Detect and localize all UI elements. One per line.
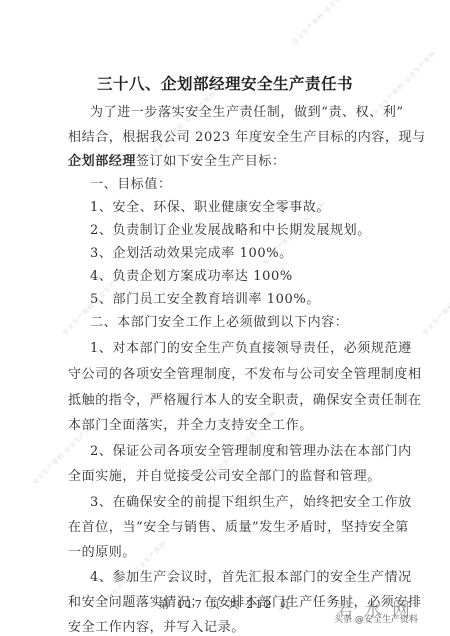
logo-caption: 头条 @安全生产资料 bbox=[334, 612, 418, 625]
responsibility-line: 守公司的各项安全管理制度，不发布与公司安全管理制度相 bbox=[68, 363, 422, 382]
target-item: 5、部门员工安全教育培训率 100%。 bbox=[90, 288, 320, 307]
intro-line: 企划部经理签订如下安全生产目标： bbox=[68, 150, 286, 169]
section-heading: 二、本部门安全工作上必须做到以下内容： bbox=[90, 311, 348, 330]
responsibility-line: 全面实施，并自觉接受公司安全部门的监督和管理。 bbox=[68, 465, 381, 484]
intro-line: 相结合，根据我公司 2023 年度安全生产目标的内容，现与 bbox=[68, 126, 426, 145]
target-item: 1、安全、环保、职业健康安全零事故。 bbox=[90, 196, 330, 215]
intro-tail: 签订如下安全生产目标： bbox=[136, 154, 286, 169]
section-heading: 一、目标值： bbox=[90, 173, 172, 192]
target-item: 2、负责制订企业发展战略和中长期发展规划。 bbox=[90, 219, 371, 238]
responsibility-line: 1、对本部门的安全生产负直接领导责任，必须规范遵 bbox=[90, 337, 412, 356]
diagonal-watermark: 安全生产资料 安全生产资料 bbox=[150, 89, 218, 157]
responsibility-line: 3、在确保安全的前提下组织生产，始终把安全工作放 bbox=[90, 491, 412, 510]
diagonal-watermark: 安全生产资料 安全生产资料 bbox=[290, 0, 358, 46]
responsibility-line: 一的原则。 bbox=[68, 541, 136, 560]
responsibility-line: 安全工作内容，并写入记录。 bbox=[68, 616, 245, 635]
responsibility-line: 2、保证公司各项安全管理制度和管理办法在本部门内 bbox=[90, 440, 412, 459]
responsibility-line: 在首位，当“安全与销售、质量”发生矛盾时，坚持安全第 bbox=[68, 516, 409, 535]
document-title: 三十八、企划部经理安全生产责任书 bbox=[0, 72, 450, 94]
diagonal-watermark: 安全生产资料 bbox=[420, 300, 450, 336]
target-item: 4、负责企划方案成功率达 100% bbox=[90, 265, 293, 284]
intro-line: 为了进一步落实安全生产责任制，做到“责、权、利” bbox=[90, 101, 404, 120]
responsibility-line: 本部门全面落实，并全力支持安全工作。 bbox=[68, 414, 313, 433]
responsibility-line: 抵触的指令，严格履行本人的安全职责，确保安全责任制在 bbox=[68, 389, 422, 408]
document-page: 安全生产资料 安全生产资料 安全生产资料 安全生产资料 安全生产资料 安全生产资… bbox=[0, 0, 450, 636]
target-item: 3、企划活动效果完成率 100%。 bbox=[90, 242, 293, 261]
party-name: 企划部经理 bbox=[68, 154, 136, 169]
responsibility-line: 4、参加生产会议时，首先汇报本部门的安全生产情况 bbox=[90, 566, 412, 585]
watermark-logo: 若水网 头条 @安全生产资料 bbox=[330, 596, 450, 636]
